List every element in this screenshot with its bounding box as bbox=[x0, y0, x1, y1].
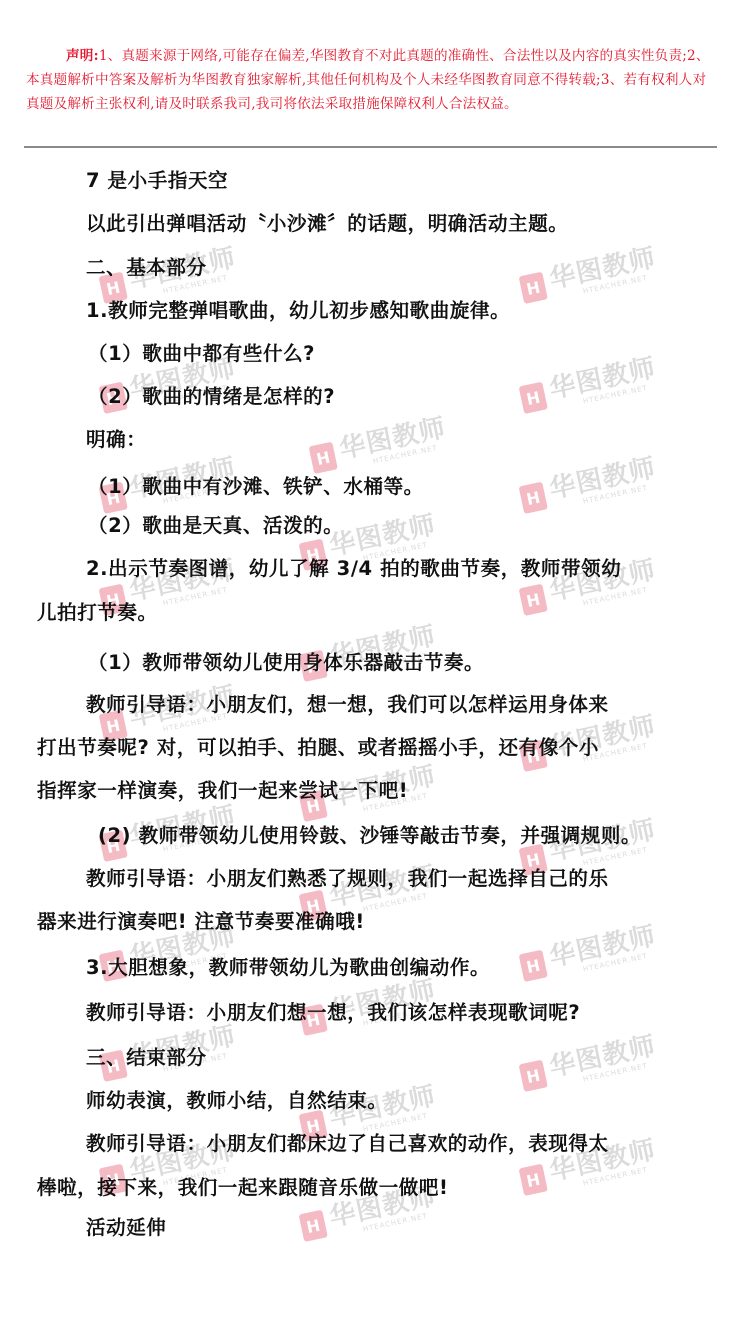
text-line: 以此引出弹唱活动〝小沙滩〞的话题，明确活动主题。 bbox=[86, 211, 568, 237]
header-divider bbox=[24, 146, 717, 148]
watermark-logo-icon: H bbox=[519, 382, 548, 414]
text-line: 师幼表演，教师小结，自然结束。 bbox=[86, 1088, 388, 1114]
text-line: （2）歌曲是天真、活泼的。 bbox=[88, 513, 343, 539]
watermark-logo-icon: H bbox=[519, 272, 548, 304]
watermark-subtext: HTEACHER.NET bbox=[362, 1209, 440, 1233]
watermark-logo-icon: H bbox=[519, 482, 548, 514]
text-line: 打出节奏呢? 对，可以拍手、拍腿、或者摇摇小手，还有像个小 bbox=[37, 735, 599, 761]
watermark-logo-icon: H bbox=[519, 1060, 548, 1092]
watermark-logo-icon: H bbox=[519, 950, 548, 982]
watermark-text: 华图教师 bbox=[337, 414, 448, 464]
text-line: （1）教师带领幼儿使用身体乐器敲击节奏。 bbox=[88, 650, 484, 676]
watermark-text: 华图教师 bbox=[547, 922, 658, 972]
text-line: 教师引导语：小朋友们熟悉了规则，我们一起选择自己的乐 bbox=[86, 866, 609, 892]
watermark-subtext: HTEACHER.NET bbox=[582, 1059, 660, 1083]
text-line: 儿拍打节奏。 bbox=[37, 600, 158, 626]
watermark-text: 华图教师 bbox=[547, 244, 658, 294]
text-line: （1）歌曲中有沙滩、铁铲、水桶等。 bbox=[88, 474, 424, 500]
text-line: 二、基本部分 bbox=[86, 255, 207, 281]
text-line: 3.大胆想象，教师带领幼儿为歌曲创编动作。 bbox=[86, 955, 490, 981]
text-line: 教师引导语：小朋友们，想一想，我们可以怎样运用身体来 bbox=[86, 692, 609, 718]
text-line: 1.教师完整弹唱歌曲，幼儿初步感知歌曲旋律。 bbox=[86, 298, 510, 324]
watermark-text: 华图教师 bbox=[547, 1032, 658, 1082]
disclaimer-label: 声明: bbox=[66, 48, 99, 64]
watermark-text: 华图教师 bbox=[547, 454, 658, 504]
watermark: H华图教师HTEACHER.NET bbox=[518, 1032, 660, 1096]
text-line: 2.出示节奏图谱，幼儿了解 3/4 拍的歌曲节奏，教师带领幼 bbox=[86, 556, 621, 582]
watermark-subtext: HTEACHER.NET bbox=[372, 441, 450, 465]
watermark-subtext: HTEACHER.NET bbox=[582, 381, 660, 405]
watermark-text: 华图教师 bbox=[327, 511, 438, 561]
disclaimer-text: 1、真题来源于网络,可能存在偏差,华图教育不对此真题的准确性、合法性以及内容的真… bbox=[26, 48, 710, 112]
watermark-text: 华图教师 bbox=[547, 354, 658, 404]
watermark-subtext: HTEACHER.NET bbox=[362, 889, 440, 913]
text-line: (2) 教师带领幼儿使用铃鼓、沙锤等敲击节奏，并强调规则。 bbox=[98, 823, 641, 849]
watermark-logo-icon: H bbox=[519, 584, 548, 616]
watermark: H华图教师HTEACHER.NET bbox=[518, 922, 660, 986]
watermark: H华图教师HTEACHER.NET bbox=[308, 414, 450, 478]
watermark-subtext: HTEACHER.NET bbox=[582, 271, 660, 295]
text-line: 指挥家一样演奏，我们一起来尝试一下吧! bbox=[37, 778, 408, 804]
text-line: 棒啦，接下来，我们一起来跟随音乐做一做吧! bbox=[37, 1175, 449, 1201]
watermark: H华图教师HTEACHER.NET bbox=[518, 244, 660, 308]
text-line: 7 是小手指天空 bbox=[86, 168, 228, 194]
watermark: H华图教师HTEACHER.NET bbox=[518, 454, 660, 518]
text-line: 教师引导语：小朋友们想一想，我们该怎样表现歌词呢? bbox=[86, 1000, 580, 1026]
text-line: 明确： bbox=[86, 427, 146, 453]
text-line: 教师引导语：小朋友们都床边了自己喜欢的动作，表现得太 bbox=[86, 1131, 609, 1157]
watermark-subtext: HTEACHER.NET bbox=[582, 481, 660, 505]
watermark-subtext: HTEACHER.NET bbox=[582, 949, 660, 973]
watermark-logo-icon: H bbox=[309, 442, 338, 474]
text-line: 器来进行演奏吧! 注意节奏要准确哦! bbox=[37, 909, 365, 935]
text-line: 三、结束部分 bbox=[86, 1045, 207, 1071]
watermark-logo-icon: H bbox=[299, 1210, 328, 1242]
text-line: 活动延伸 bbox=[86, 1215, 166, 1241]
watermark-subtext: HTEACHER.NET bbox=[162, 583, 240, 607]
watermark-subtext: HTEACHER.NET bbox=[582, 583, 660, 607]
text-line: （2）歌曲的情绪是怎样的? bbox=[88, 384, 335, 410]
disclaimer: 声明:1、真题来源于网络,可能存在偏差,华图教育不对此真题的准确性、合法性以及内… bbox=[26, 44, 714, 116]
watermark-logo-icon: H bbox=[519, 1164, 548, 1196]
watermark: H华图教师HTEACHER.NET bbox=[518, 354, 660, 418]
watermark-subtext: HTEACHER.NET bbox=[582, 1163, 660, 1187]
text-line: （1）歌曲中都有些什么? bbox=[88, 341, 315, 367]
